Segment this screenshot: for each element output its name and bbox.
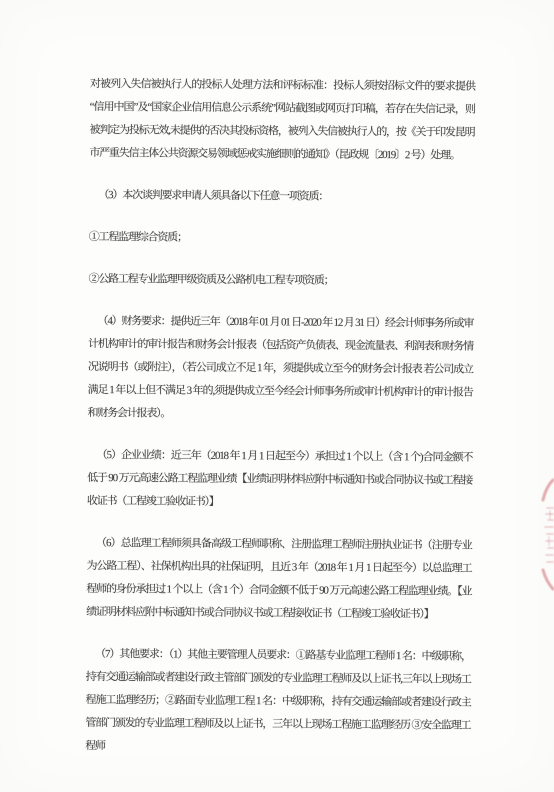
paragraph-clause-3-qualification-intro: （3）本次谈判要求申请人须具备以下任意一项资质： (89, 184, 474, 210)
paragraph-qualification-option-2: ②公路工程专业监理甲级资质及公路机电工程专项资质； (88, 268, 473, 294)
paragraph-dishonest-executee-handling: 对被列入失信被执行人的投标人处理方法和评标标准：投标人须按招标文件的要求提供“信… (89, 73, 475, 168)
paragraph-clause-4-financial: （4）财务要求：提供近三年（2018 年 01 月 01 日-2020 年 12… (87, 310, 473, 428)
paragraph-qualification-option-1: ①工程监理综合资质； (89, 226, 474, 252)
paragraph-clause-5-enterprise-performance: （5）企业业绩：近三年（2018 年 1 月 1 日起至今）承担过 1 个以上（… (87, 444, 472, 516)
paragraph-clause-6-chief-supervision-engineer: （6）总监理工程师须具备高级工程师职称、注册监理工程师注册执业证书（注册专业为公… (86, 532, 472, 627)
scanned-document-page: 对被列入失信被执行人的投标人处理方法和评标标准：投标人须按招标文件的要求提供“信… (0, 0, 554, 792)
document-text-block: 对被列入失信被执行人的投标人处理方法和评标标准：投标人须按招标文件的要求提供“信… (85, 73, 475, 761)
red-seal-fragment-icon (538, 477, 554, 593)
paragraph-clause-7-other-requirements: （7）其他要求：（1）其他主要管理人员要求：①路基专业监理工程师 1 名：中级职… (85, 643, 471, 761)
